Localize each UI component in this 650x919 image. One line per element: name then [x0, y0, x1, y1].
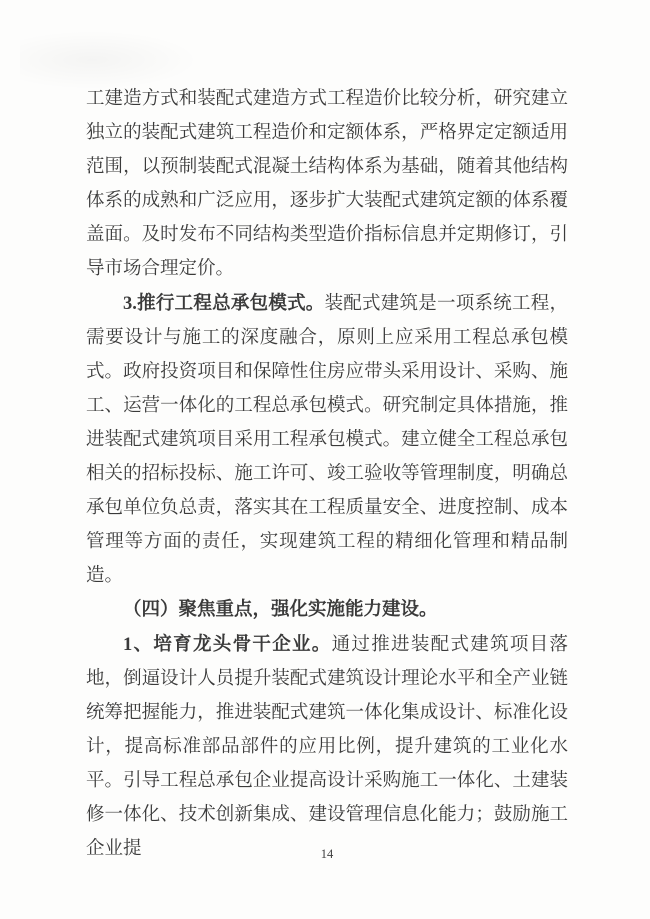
- paragraph: 工建造方式和装配式建造方式工程造价比较分析，研究建立独立的装配式建筑工程造价和定…: [86, 82, 568, 287]
- paragraph: 3.推行工程总承包模式。装配式建筑是一项系统工程，需要设计与施工的深度融合，原则…: [86, 287, 568, 594]
- scan-smudge-artifact: [20, 30, 200, 90]
- paragraph-heading-text: （四）聚焦重点，强化实施能力建设。: [123, 600, 438, 620]
- paragraph-heading-text: 1、培育龙头骨干企业。: [123, 635, 332, 655]
- paragraph-heading-text: 3.推行工程总承包模式。: [123, 294, 325, 314]
- paragraph: 1、培育龙头骨干企业。通过推进装配式建筑项目落地，倒逼设计人员提升装配式建筑设计…: [86, 628, 568, 867]
- paragraph-text: 通过推进装配式建筑项目落地，倒逼设计人员提升装配式建筑设计理论水平和全产业链统筹…: [86, 635, 568, 860]
- page-number: 14: [86, 847, 568, 862]
- document-body: 工建造方式和装配式建造方式工程造价比较分析，研究建立独立的装配式建筑工程造价和定…: [86, 82, 568, 866]
- paragraph-text: 工建造方式和装配式建造方式工程造价比较分析，研究建立独立的装配式建筑工程造价和定…: [86, 89, 568, 279]
- paragraph-text: 装配式建筑是一项系统工程，需要设计与施工的深度融合，原则上应采用工程总承包模式。…: [86, 294, 568, 587]
- paragraph: （四）聚焦重点，强化实施能力建设。: [86, 593, 568, 627]
